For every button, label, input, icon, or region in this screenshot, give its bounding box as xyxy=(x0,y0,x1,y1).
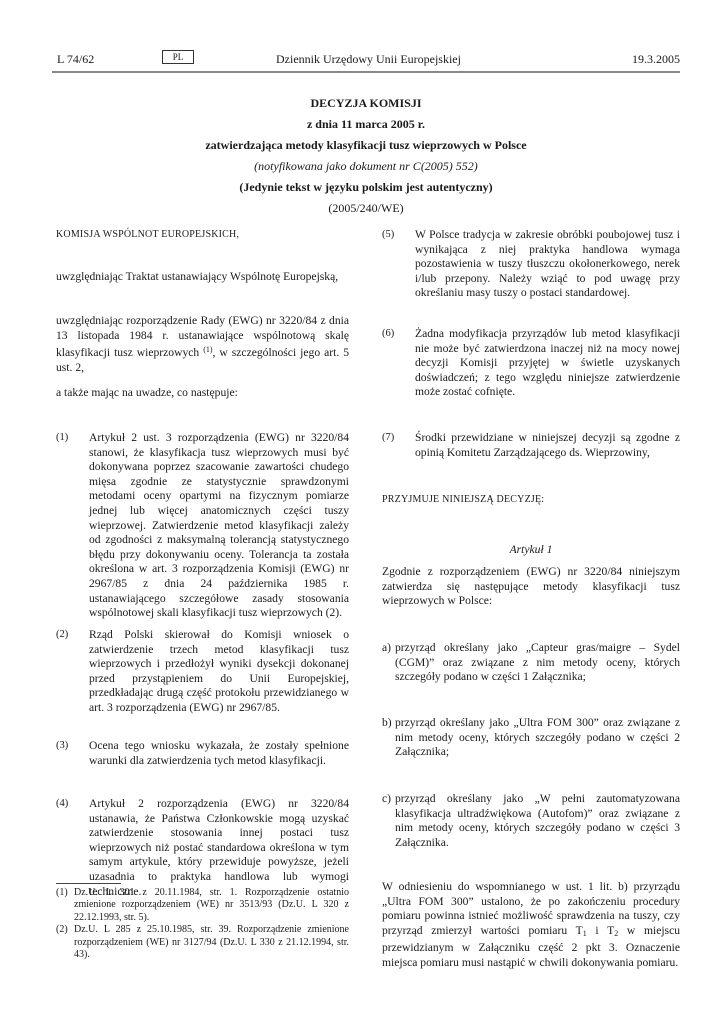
citation-treaty: uwzględniając Traktat ustanawiający Wspó… xyxy=(56,270,349,285)
whereas-intro: a także mając na uwadze, co następuje: xyxy=(56,386,349,401)
footnote-divider xyxy=(56,883,121,884)
citation-regulation: uwzględniając rozporządzenie Rady (EWG) … xyxy=(56,314,349,375)
recital-number: (6) xyxy=(382,327,394,342)
item-label: c) xyxy=(382,792,391,807)
recital-text: Żadna modyfikacja przyrządów lub metod k… xyxy=(415,327,680,400)
article-1-intro: Zgodnie z rozporządzeniem (EWG) nr 3220/… xyxy=(382,565,680,609)
article-1-paragraph-2: W odniesieniu do wspomnianego w ust. 1 l… xyxy=(382,880,680,971)
recital-text: Artykuł 2 ust. 3 rozporządzenia (EWG) nr… xyxy=(89,431,349,621)
recital-number: (4) xyxy=(56,797,68,812)
footnote-text: Dz.U. L 301 z 20.11.1984, str. 1. Rozpor… xyxy=(74,887,349,923)
item-text: przyrząd określany jako „Capteur gras/ma… xyxy=(395,641,680,685)
document-type: DECYZJA KOMISJI xyxy=(52,95,680,116)
institution: KOMISJA WSPÓLNOT EUROPEJSKICH, xyxy=(56,228,349,243)
recital-text: Rząd Polski skierował do Komisji wniosek… xyxy=(89,628,349,716)
footnote-1: (1) Dz.U. L 301 z 20.11.1984, str. 1. Ro… xyxy=(56,887,349,924)
item-text: przyrząd określany jako „Ultra FOM 300” … xyxy=(395,716,680,760)
recital-number: (5) xyxy=(382,228,394,243)
title-block: DECYZJA KOMISJI z dnia 11 marca 2005 r. … xyxy=(52,95,680,221)
header-divider xyxy=(52,71,680,73)
recital-number: (1) xyxy=(56,431,68,446)
recital-number: (2) xyxy=(56,628,68,643)
publication-date: 19.3.2005 xyxy=(632,52,680,67)
item-label: b) xyxy=(382,716,392,731)
item-text: przyrząd określany jako „W pełni zautoma… xyxy=(395,792,680,850)
footnotes: (1) Dz.U. L 301 z 20.11.1984, str. 1. Ro… xyxy=(56,887,349,961)
footnote-mark: (1) xyxy=(56,887,68,899)
document-date: z dnia 11 marca 2005 r. xyxy=(52,116,680,137)
footnote-2: (2) Dz.U. L 285 z 25.10.1985, str. 39. R… xyxy=(56,924,349,961)
footnote-mark: (2) xyxy=(56,924,68,936)
notification-note: (notyfikowana jako dokument nr C(2005) 5… xyxy=(52,158,680,179)
document-subject: zatwierdzająca metody klasyfikacji tusz … xyxy=(52,137,680,158)
item-label: a) xyxy=(382,641,391,656)
footnote-ref-1[interactable]: (1) xyxy=(203,345,212,354)
document-reference: (2005/240/WE) xyxy=(52,200,680,221)
recital-text: Ocena tego wniosku wykazała, że zostały … xyxy=(89,739,349,768)
journal-title: Dziennik Urzędowy Unii Europejskiej xyxy=(57,52,680,67)
adoption-statement: PRZYJMUJE NINIEJSZĄ DECYZJĘ: xyxy=(382,493,680,508)
authentic-language-note: (Jedynie tekst w języku polskim jest aut… xyxy=(52,179,680,200)
recital-number: (3) xyxy=(56,739,68,754)
recital-text: Środki przewidziane w niniejszej decyzji… xyxy=(415,431,680,460)
recital-number: (7) xyxy=(382,431,394,446)
recital-text: Artykuł 2 rozporządzenia (EWG) nr 3220/8… xyxy=(89,797,349,899)
article-1-title: Artykuł 1 xyxy=(382,543,680,558)
footnote-text: Dz.U. L 285 z 25.10.1985, str. 39. Rozpo… xyxy=(74,924,349,960)
recital-text: W Polsce tradycja w zakresie obróbki pou… xyxy=(415,228,680,301)
page-header: L 74/62 PL Dziennik Urzędowy Unii Europe… xyxy=(57,52,680,68)
